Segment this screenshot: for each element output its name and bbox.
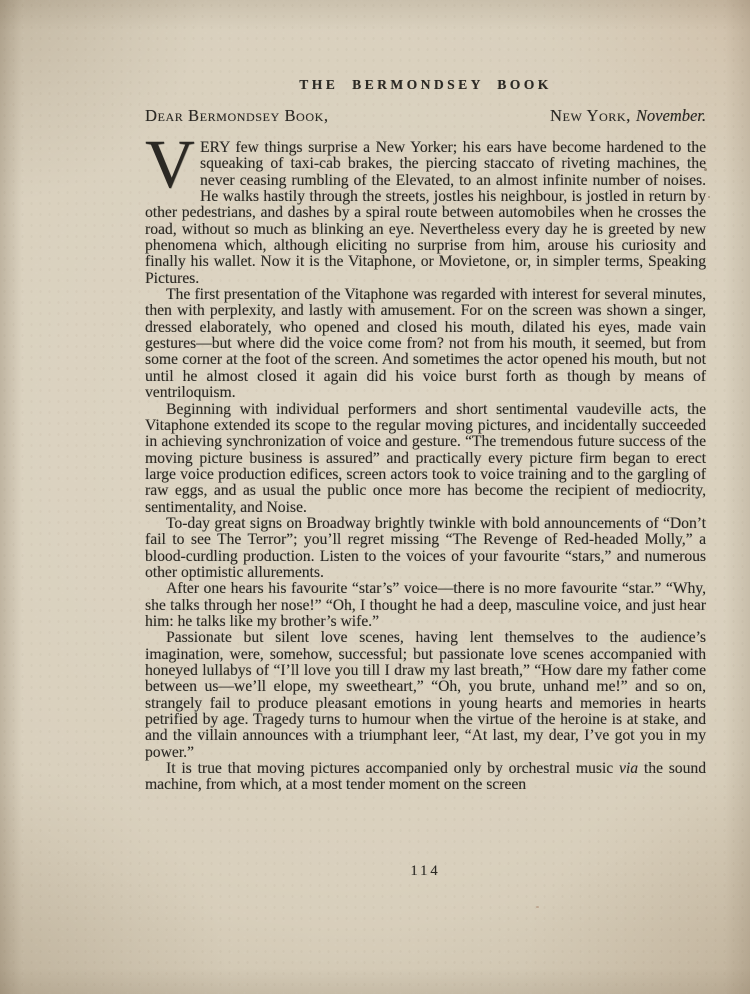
letter-body: VERY few things surprise a New Yorker; h… — [145, 140, 706, 794]
page-number: 114 — [145, 863, 706, 880]
running-header: THE BERMONDSEY BOOK — [145, 77, 706, 93]
paragraph-7-text: It is true that moving pictures accompan… — [166, 760, 619, 777]
book-page-scan: THE BERMONDSEY BOOK Dear Bermondsey Book… — [0, 0, 750, 994]
paragraph-1: VERY few things surprise a New Yorker; h… — [145, 140, 706, 287]
dateline: New York,November. — [550, 106, 706, 126]
letter-heading: Dear Bermondsey Book, New York,November. — [145, 106, 706, 126]
salutation: Dear Bermondsey Book, — [145, 106, 329, 126]
paragraph-7-italic-word: via — [619, 760, 638, 777]
dateline-date: November. — [636, 106, 706, 125]
paper-speck — [708, 196, 710, 198]
paper-speck — [536, 906, 539, 908]
paragraph-2: The first presentation of the Vitaphone … — [145, 287, 706, 401]
paragraph-4: To-day great signs on Broadway brightly … — [145, 516, 706, 581]
paragraph-5: After one hears his favourite “star’s” v… — [145, 581, 706, 630]
paragraph-1-text: ERY few things surprise a New Yorker; hi… — [145, 139, 706, 287]
paragraph-3: Beginning with individual performers and… — [145, 402, 706, 516]
dropcap-initial-v: V — [145, 140, 200, 202]
dateline-place: New York, — [550, 106, 631, 125]
paragraph-7: It is true that moving pictures accompan… — [145, 761, 706, 794]
paragraph-6: Passionate but silent love scenes, havin… — [145, 630, 706, 761]
